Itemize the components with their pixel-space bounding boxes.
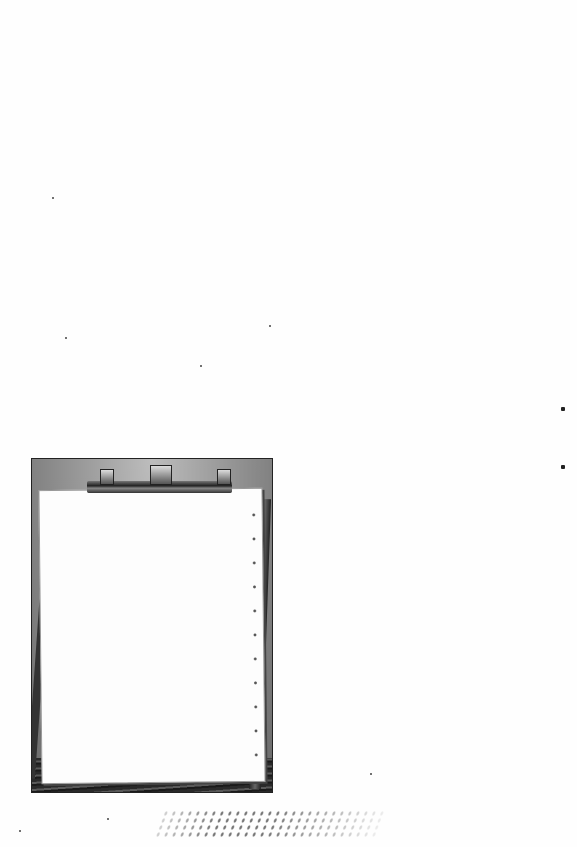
scanned-page bbox=[0, 0, 577, 847]
scan-speck bbox=[200, 365, 202, 367]
halftone-stipple-smudge bbox=[153, 810, 388, 838]
scan-speck bbox=[370, 773, 372, 775]
flip-chart-easel-illustration bbox=[31, 458, 273, 793]
scan-speck bbox=[19, 830, 21, 832]
scan-speck bbox=[65, 337, 67, 339]
scan-speck bbox=[561, 407, 565, 411]
clamp-knob-right bbox=[217, 469, 231, 485]
scan-speck bbox=[107, 818, 109, 820]
clamp-knob-center bbox=[150, 465, 172, 485]
scan-speck bbox=[52, 197, 54, 199]
clamp-knob-left bbox=[100, 469, 114, 485]
flip-chart-paper bbox=[38, 488, 265, 784]
scan-speck bbox=[269, 325, 271, 327]
binding-holes bbox=[252, 503, 259, 767]
scan-speck bbox=[561, 465, 565, 469]
